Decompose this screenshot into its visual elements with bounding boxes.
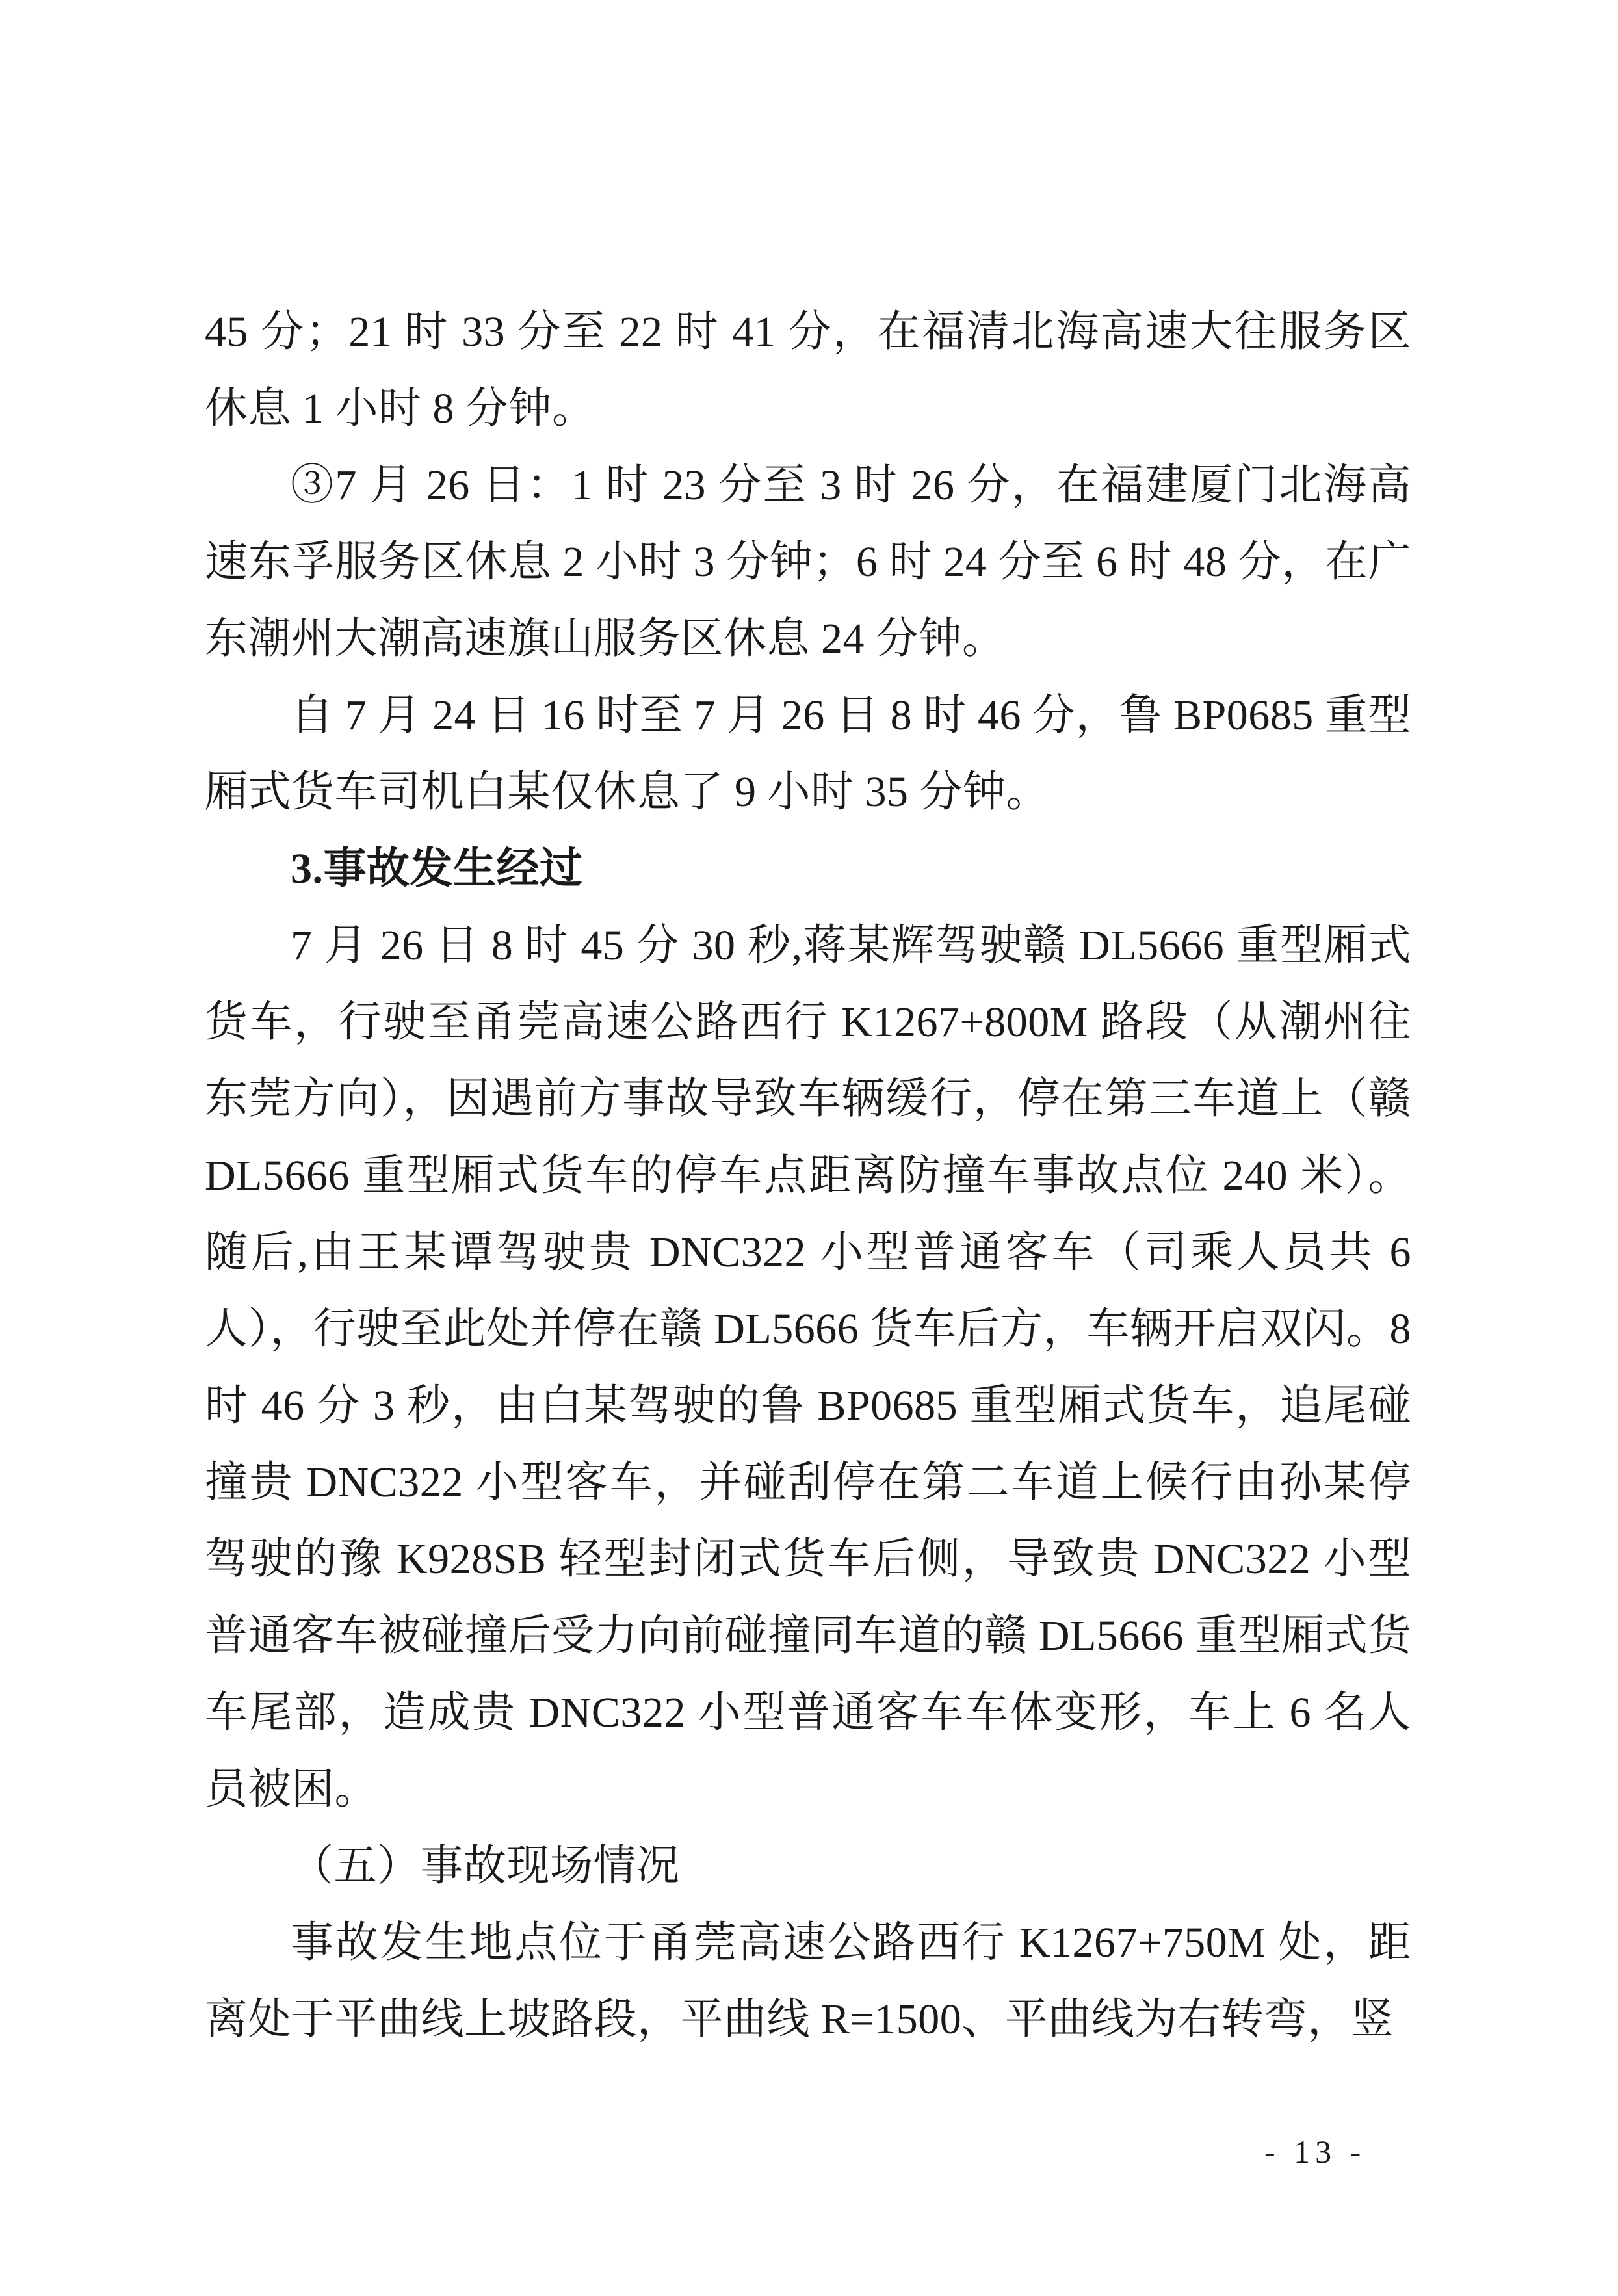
document-body: 45 分；21 时 33 分至 22 时 41 分，在福清北海高速大往服务区休息… — [205, 294, 1411, 2058]
body-paragraph-rest-item-3: ③7 月 26 日：1 时 23 分至 3 时 26 分，在福建厦门北海高速东孚… — [205, 447, 1411, 677]
document-page: 45 分；21 时 33 分至 22 时 41 分，在福清北海高速大往服务区休息… — [0, 0, 1618, 2296]
body-paragraph-rest-continuation: 45 分；21 时 33 分至 22 时 41 分，在福清北海高速大往服务区休息… — [205, 294, 1411, 447]
body-paragraph-accident-scene: 事故发生地点位于甬莞高速公路西行 K1267+750M 处，距离处于平曲线上坡路… — [205, 1905, 1411, 2058]
section-heading-accident-scene: （五）事故现场情况 — [205, 1828, 1411, 1905]
body-paragraph-accident-course: 7 月 26 日 8 时 45 分 30 秒,蒋某辉驾驶赣 DL5666 重型厢… — [205, 907, 1411, 1828]
numbered-heading-accident-course: 3.事故发生经过 — [205, 831, 1411, 907]
body-paragraph-rest-summary: 自 7 月 24 日 16 时至 7 月 26 日 8 时 46 分，鲁 BP0… — [205, 677, 1411, 831]
page-number: - 13 - — [1264, 2132, 1366, 2171]
